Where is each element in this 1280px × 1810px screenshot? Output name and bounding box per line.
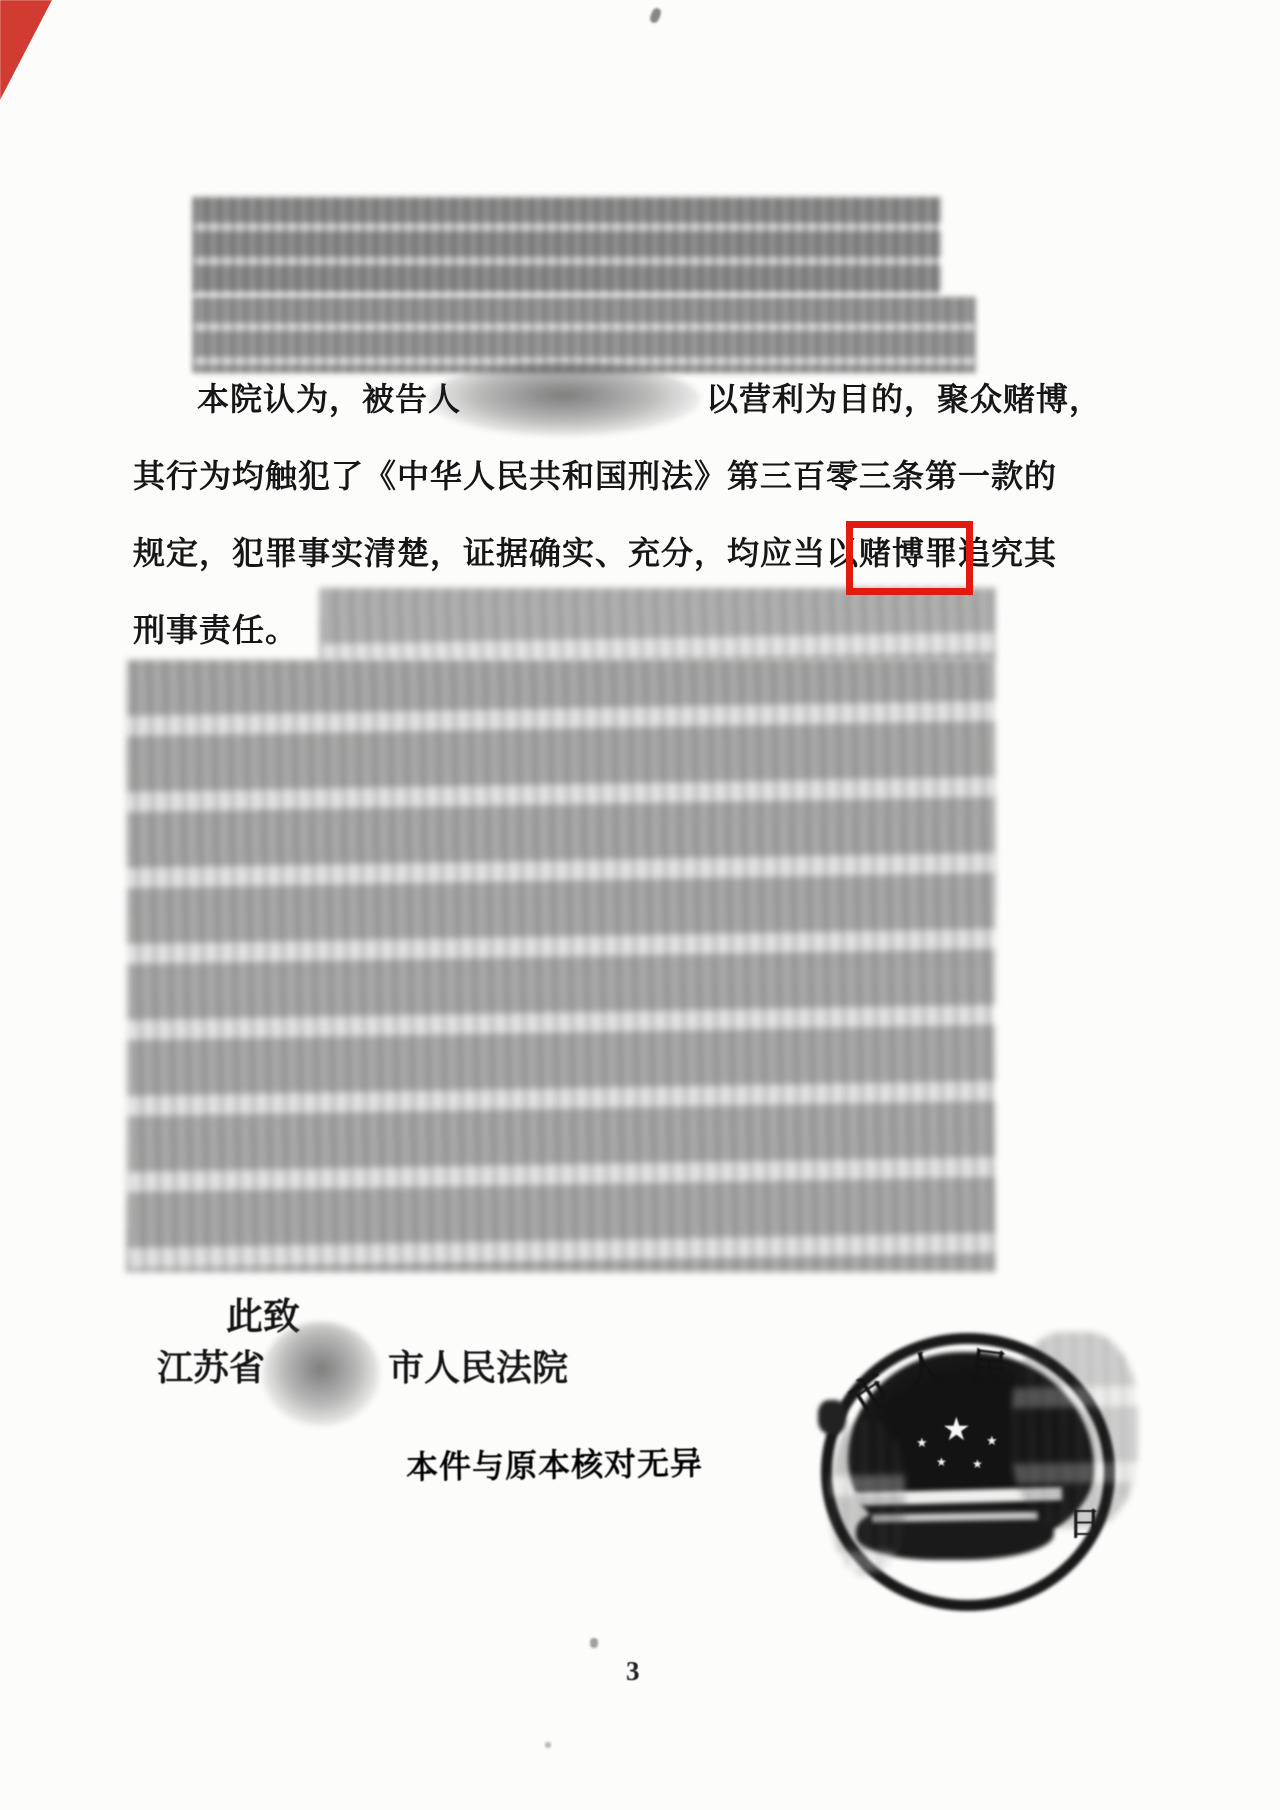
- seal-star-icon: ★: [916, 1436, 928, 1449]
- scan-speck: [649, 7, 663, 24]
- corner-red-mark: [0, 0, 54, 102]
- seal-ink-speckle: [830, 1420, 905, 1575]
- line1-post-text: 以营利为目的，聚众赌博，: [706, 381, 1102, 417]
- seal-star-icon: ★: [942, 1413, 971, 1445]
- seal-star-icon: ★: [972, 1458, 983, 1470]
- redacted-text-strip: [320, 588, 995, 660]
- line3-pre-text: 规定，犯罪事实清楚，证据确实、充分，均应当以: [133, 535, 859, 571]
- paragraph-line-4: 刑事责任。: [133, 614, 298, 646]
- seal-star-icon: ★: [936, 1456, 947, 1468]
- paragraph-line-1: 本院认为，被告人以营利为目的，聚众赌博，: [197, 383, 1102, 415]
- scan-speck: [545, 1742, 551, 1748]
- redacted-text-block-top-1: [193, 197, 941, 295]
- seal-arc-char: 人: [902, 1348, 948, 1394]
- redacted-city-name: [262, 1322, 380, 1426]
- redacted-defendant-name-gap: [461, 406, 706, 410]
- page-number: 3: [626, 1656, 640, 1687]
- seal-star-icon: ★: [986, 1434, 998, 1447]
- line2-text: 其行为均触犯了《中华人民共和国刑法》第三百零三条第一款的: [133, 458, 1057, 494]
- certification-stamp-text: 本件与原本核对无异: [406, 1438, 704, 1488]
- seal-arc-char: 民: [968, 1348, 1010, 1390]
- court-line-pre: 江苏省: [157, 1340, 265, 1391]
- paragraph-line-2: 其行为均触犯了《中华人民共和国刑法》第三百零三条第一款的: [133, 460, 1057, 492]
- line4-text: 刑事责任。: [133, 612, 298, 648]
- scan-speck: [590, 1638, 598, 1648]
- scanned-document-page: 本院认为，被告人以营利为目的，聚众赌博， 其行为均触犯了《中华人民共和国刑法》第…: [0, 0, 1280, 1810]
- seal-arc-partial-char: [818, 1400, 846, 1434]
- seal-date-char: 日: [1068, 1498, 1101, 1545]
- court-line-post: 市人民法院: [388, 1340, 568, 1391]
- redacted-text-block-body: [127, 660, 995, 1272]
- red-highlight-box-gambling-crime: 赌博罪: [846, 521, 973, 595]
- line1-pre-text: 本院认为，被告人: [197, 381, 461, 417]
- paragraph-line-3: 规定，犯罪事实清楚，证据确实、充分，均应当以赌博罪追究其: [133, 537, 1057, 569]
